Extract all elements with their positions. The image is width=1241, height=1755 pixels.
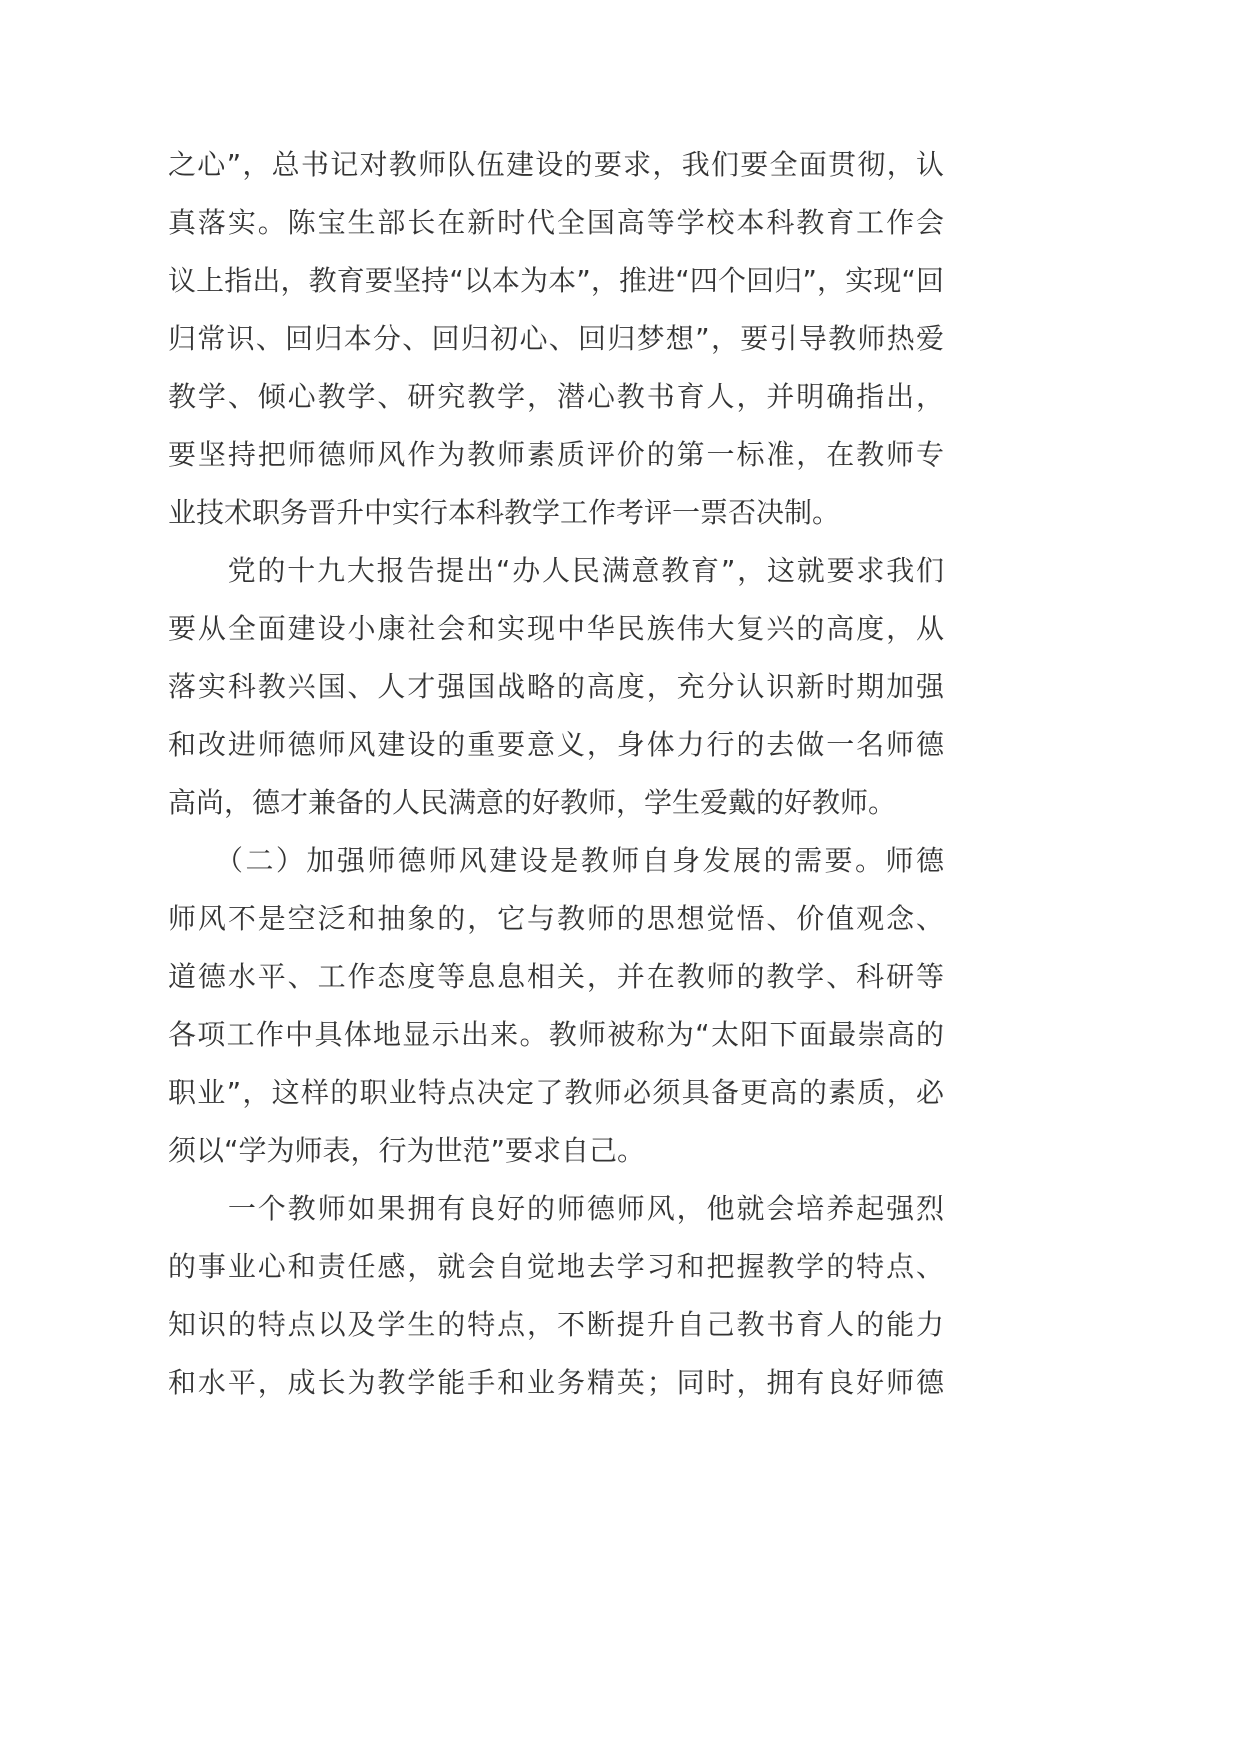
text-line: 高尚，德才兼备的人民满意的好教师，学生爱戴的好教师。: [168, 774, 944, 832]
text-line: 各项工作中具体地显示出来。教师被称为“太阳下面最崇高的: [168, 1006, 944, 1064]
text-line: 之心”，总书记对教师队伍建设的要求，我们要全面贯彻，认: [168, 136, 944, 194]
text-line: （二）加强师德师风建设是教师自身发展的需要。师德: [168, 832, 944, 890]
text-line: 教学、倾心教学、研究教学，潜心教书育人，并明确指出，: [168, 368, 944, 426]
text-line: 归常识、回归本分、回归初心、回归梦想”，要引导教师热爱: [168, 310, 944, 368]
text-line: 知识的特点以及学生的特点，不断提升自己教书育人的能力: [168, 1296, 944, 1354]
text-line: 一个教师如果拥有良好的师德师风，他就会培养起强烈: [168, 1180, 944, 1238]
text-line: 师风不是空泛和抽象的，它与教师的思想觉悟、价值观念、: [168, 890, 944, 948]
text-line: 党的十九大报告提出“办人民满意教育”，这就要求我们: [168, 542, 944, 600]
text-line: 真落实。陈宝生部长在新时代全国高等学校本科教育工作会: [168, 194, 944, 252]
text-line: 须以“学为师表，行为世范”要求自己。: [168, 1122, 944, 1180]
text-line: 要坚持把师德师风作为教师素质评价的第一标准，在教师专: [168, 426, 944, 484]
body-text: 之心”，总书记对教师队伍建设的要求，我们要全面贯彻，认 真落实。陈宝生部长在新时…: [168, 136, 944, 1412]
text-line: 道德水平、工作态度等息息相关，并在教师的教学、科研等: [168, 948, 944, 1006]
text-line: 要从全面建设小康社会和实现中华民族伟大复兴的高度，从: [168, 600, 944, 658]
text-line: 职业”，这样的职业特点决定了教师必须具备更高的素质，必: [168, 1064, 944, 1122]
text-line: 和水平，成长为教学能手和业务精英；同时，拥有良好师德: [168, 1354, 944, 1412]
text-line: 业技术职务晋升中实行本科教学工作考评一票否决制。: [168, 484, 944, 542]
text-line: 和改进师德师风建设的重要意义，身体力行的去做一名师德: [168, 716, 944, 774]
text-line: 议上指出，教育要坚持“以本为本”，推进“四个回归”，实现“回: [168, 252, 944, 310]
document-page: 之心”，总书记对教师队伍建设的要求，我们要全面贯彻，认 真落实。陈宝生部长在新时…: [0, 0, 1241, 1755]
text-line: 落实科教兴国、人才强国战略的高度，充分认识新时期加强: [168, 658, 944, 716]
text-line: 的事业心和责任感，就会自觉地去学习和把握教学的特点、: [168, 1238, 944, 1296]
